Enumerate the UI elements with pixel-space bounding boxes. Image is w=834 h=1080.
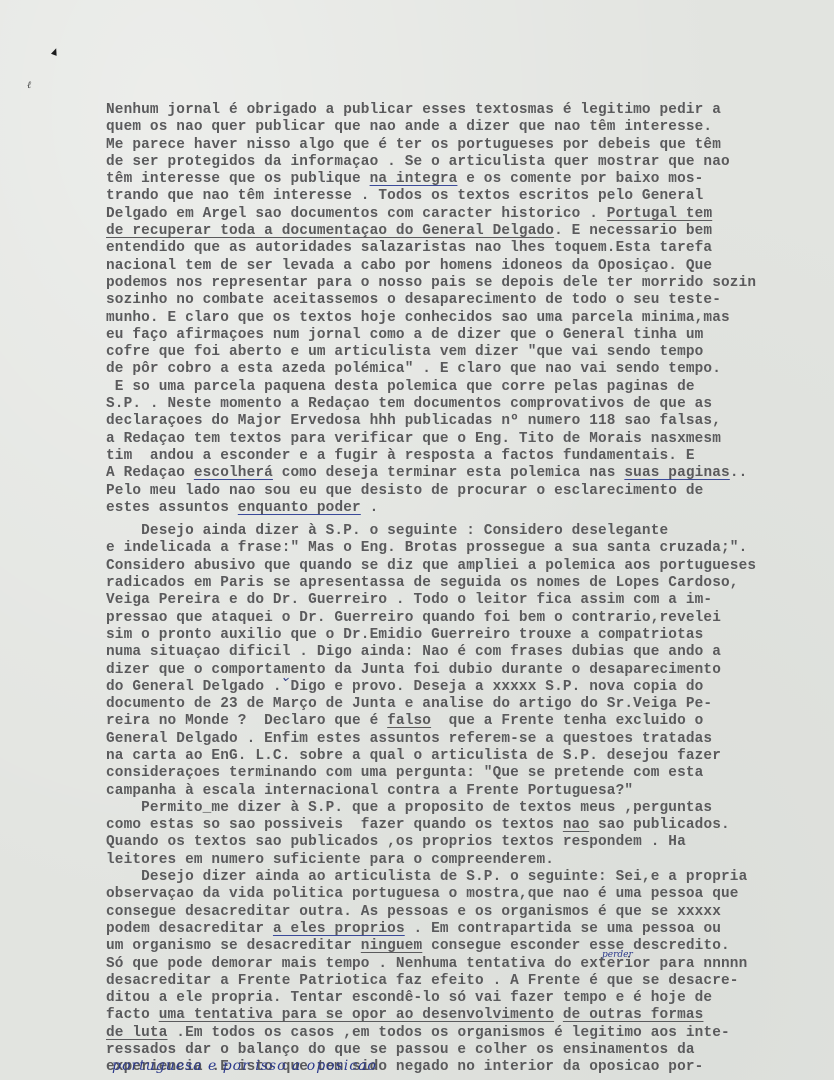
text-line: campanha à escala internacional contra a… [106,783,834,800]
text-line: pressao que ataquei o Dr. Guerreiro quan… [106,610,834,627]
text-line: munho. E claro que os textos hoje conhec… [106,310,834,327]
text-line: E so uma parcela paquena desta polemica … [106,379,834,396]
underlined-phrase: de luta [106,1025,168,1041]
text-line: Considero abusivo que quando se diz que … [106,558,834,575]
text-line: quem os nao quer publicar que nao ande a… [106,119,834,136]
margin-handwritten-mark: ℓ [27,80,31,91]
underlined-phrase: escolherá [194,465,273,481]
document-page: ℓ Nenhum jornal é obrigado a publicar es… [0,0,834,1080]
text-line: podemos nos representar para o nosso pai… [106,275,834,292]
underlined-phrase: na integra [370,171,458,187]
text-line: Desejo ainda dizer à S.P. o seguinte : C… [106,523,834,540]
text-line: de ser protegidos da informaçao . Se o a… [106,154,834,171]
text-line: sim o pronto auxilio que o Dr.Emidio Gue… [106,627,834,644]
text-line: e indelicada a frase:" Mas o Eng. Brotas… [106,540,834,557]
text-line: como estas so sao possiveis fazer quando… [106,817,834,834]
ink-spot-mark [51,47,59,56]
text-line: trando que nao têm interesse . Todos os … [106,188,834,205]
text-line: na carta ao EnG. L.C. sobre a qual o art… [106,748,834,765]
underlined-phrase: falso [387,713,431,729]
underlined-phrase: de outras formas [563,1007,704,1023]
underlined-phrase: ninguem [361,938,423,954]
text-line: desacreditar a Frente Patriotica faz efe… [106,973,834,990]
handwritten-bottom-line: portuguesa e por isso a oposicao [112,1058,377,1074]
text-line: consegue desacreditar outra. As pessoas … [106,904,834,921]
text-line: A Redaçao escolherá como deseja terminar… [106,465,834,482]
underlined-phrase: suas paginas [624,465,729,481]
text-line: do General Delgado . Digo e provo. Desej… [106,679,834,696]
text-line: Delgado em Argel sao documentos com cara… [106,206,834,223]
text-line: declaraçoes do Major Ervedosa hhh public… [106,413,834,430]
text-line: nacional tem de ser levada a cabo por ho… [106,258,834,275]
text-line: estes assuntos enquanto poder . [106,500,834,517]
text-line: facto uma tentativa para se opor ao dese… [106,1007,834,1024]
underlined-phrase: enquanto poder [238,500,361,516]
text-line: Só que pode demorar mais tempo . Nenhuma… [106,956,834,973]
text-line: ditou a ele propria. Tentar escondê-lo s… [106,990,834,1007]
handwritten-caret-insert: ⌄ [280,670,291,685]
text-line: Me parece haver nisso algo que é ter os … [106,137,834,154]
text-line: dizer que o comportamento da Junta foi d… [106,662,834,679]
text-line: Veiga Pereira e do Dr. Guerreiro . Todo … [106,592,834,609]
text-line: consideraçoes terminando com uma pergunt… [106,765,834,782]
text-line: podem desacreditar a eles proprios . Em … [106,921,834,938]
text-line: Nenhum jornal é obrigado a publicar esse… [106,102,834,119]
underlined-phrase: uma tentativa para se opor ao desenvolvi… [159,1007,554,1023]
underlined-phrase: Portugal tem [607,206,712,222]
text-line: S.P. . Neste momento a Redaçao tem docum… [106,396,834,413]
text-line: um organismo se desacreditar ninguem con… [106,938,834,955]
text-line: tim andou a esconder e a fugir à respost… [106,448,834,465]
text-line: Permito_me dizer à S.P. que a proposito … [106,800,834,817]
text-line: numa situaçao dificil . Digo ainda: Nao … [106,644,834,661]
underlined-phrase: nao [563,817,589,833]
handwritten-note-perder: perder [602,950,633,960]
text-line: cofre que foi aberto e um articulista ve… [106,344,834,361]
text-line: sozinho no combate aceitassemos o desapa… [106,292,834,309]
text-line: de recuperar toda a documentaçao do Gene… [106,223,834,240]
underlined-phrase: de recuperar toda a documentaçao do Gene… [106,223,554,239]
text-line: leitores em numero suficiente para o com… [106,852,834,869]
typewritten-body: Nenhum jornal é obrigado a publicar esse… [106,102,834,1077]
text-line: de pôr cobro a esta azeda polémica" . E … [106,361,834,378]
text-line: observaçao da vida politica portuguesa o… [106,886,834,903]
text-line: entendido que as autoridades salazarista… [106,240,834,257]
text-line: Quando os textos sao publicados ,os prop… [106,834,834,851]
text-line: Desejo dizer ainda ao articulista de S.P… [106,869,834,886]
text-line: documento de 23 de Março de Junta e anal… [106,696,834,713]
text-line: ressados dar o balanço do que se passou … [106,1042,834,1059]
text-line: eu faço afirmaçoes num jornal como a de … [106,327,834,344]
text-line: têm interesse que os publique na integra… [106,171,834,188]
text-line: General Delgado . Enfim estes assuntos r… [106,731,834,748]
text-line: radicados em Paris se apresentassa de se… [106,575,834,592]
text-line: reira no Monde ? Declaro que é falso que… [106,713,834,730]
text-line: Pelo meu lado nao sou eu que desisto de … [106,483,834,500]
text-line: de luta .Em todos os casos ,em todos os … [106,1025,834,1042]
underlined-phrase: a eles proprios [273,921,405,937]
text-line: a Redaçao tem textos para verificar que … [106,431,834,448]
